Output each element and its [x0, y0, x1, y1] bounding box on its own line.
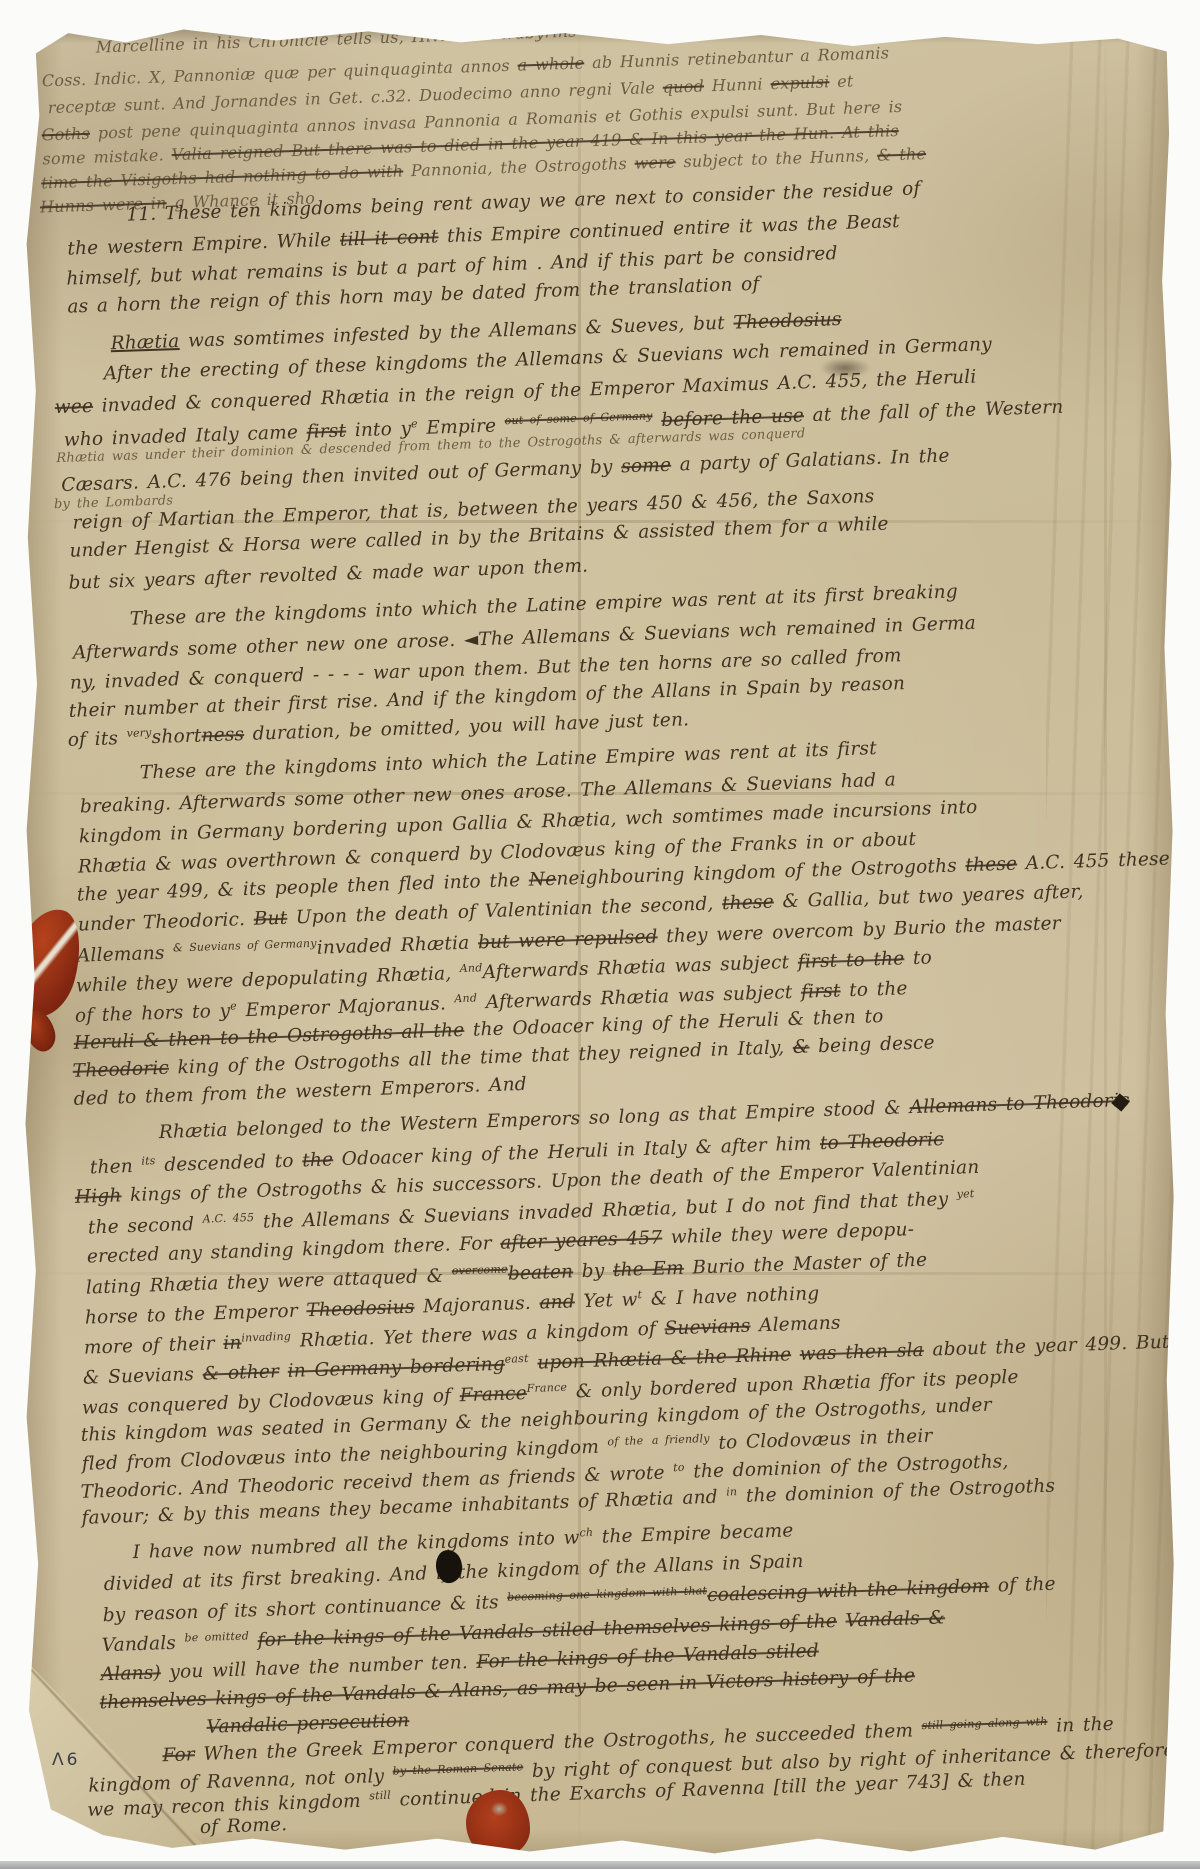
manuscript-line: Vandalic persecution	[206, 1710, 409, 1738]
manuscript-line: Marcelline in his Chronicle tells us, Hi…	[95, 22, 576, 57]
wax-seal-bottom	[466, 1790, 530, 1858]
ink-smudge	[820, 358, 870, 378]
manuscript-scan: { "page": { "marker": "Λ6" }, "colors": …	[0, 0, 1200, 1869]
manuscript-line: of Rome.	[200, 1814, 288, 1838]
scanner-edge-strip	[0, 1861, 1200, 1869]
handwritten-text-layer: Marcelline in his Chronicle tells us, Hi…	[22, 0, 1200, 1856]
manuscript-line: but six years after revolted & made war …	[68, 556, 588, 594]
manuscript-page: Marcelline in his Chronicle tells us, Hi…	[22, 24, 1176, 1857]
page-marker: Λ6	[52, 1750, 80, 1770]
